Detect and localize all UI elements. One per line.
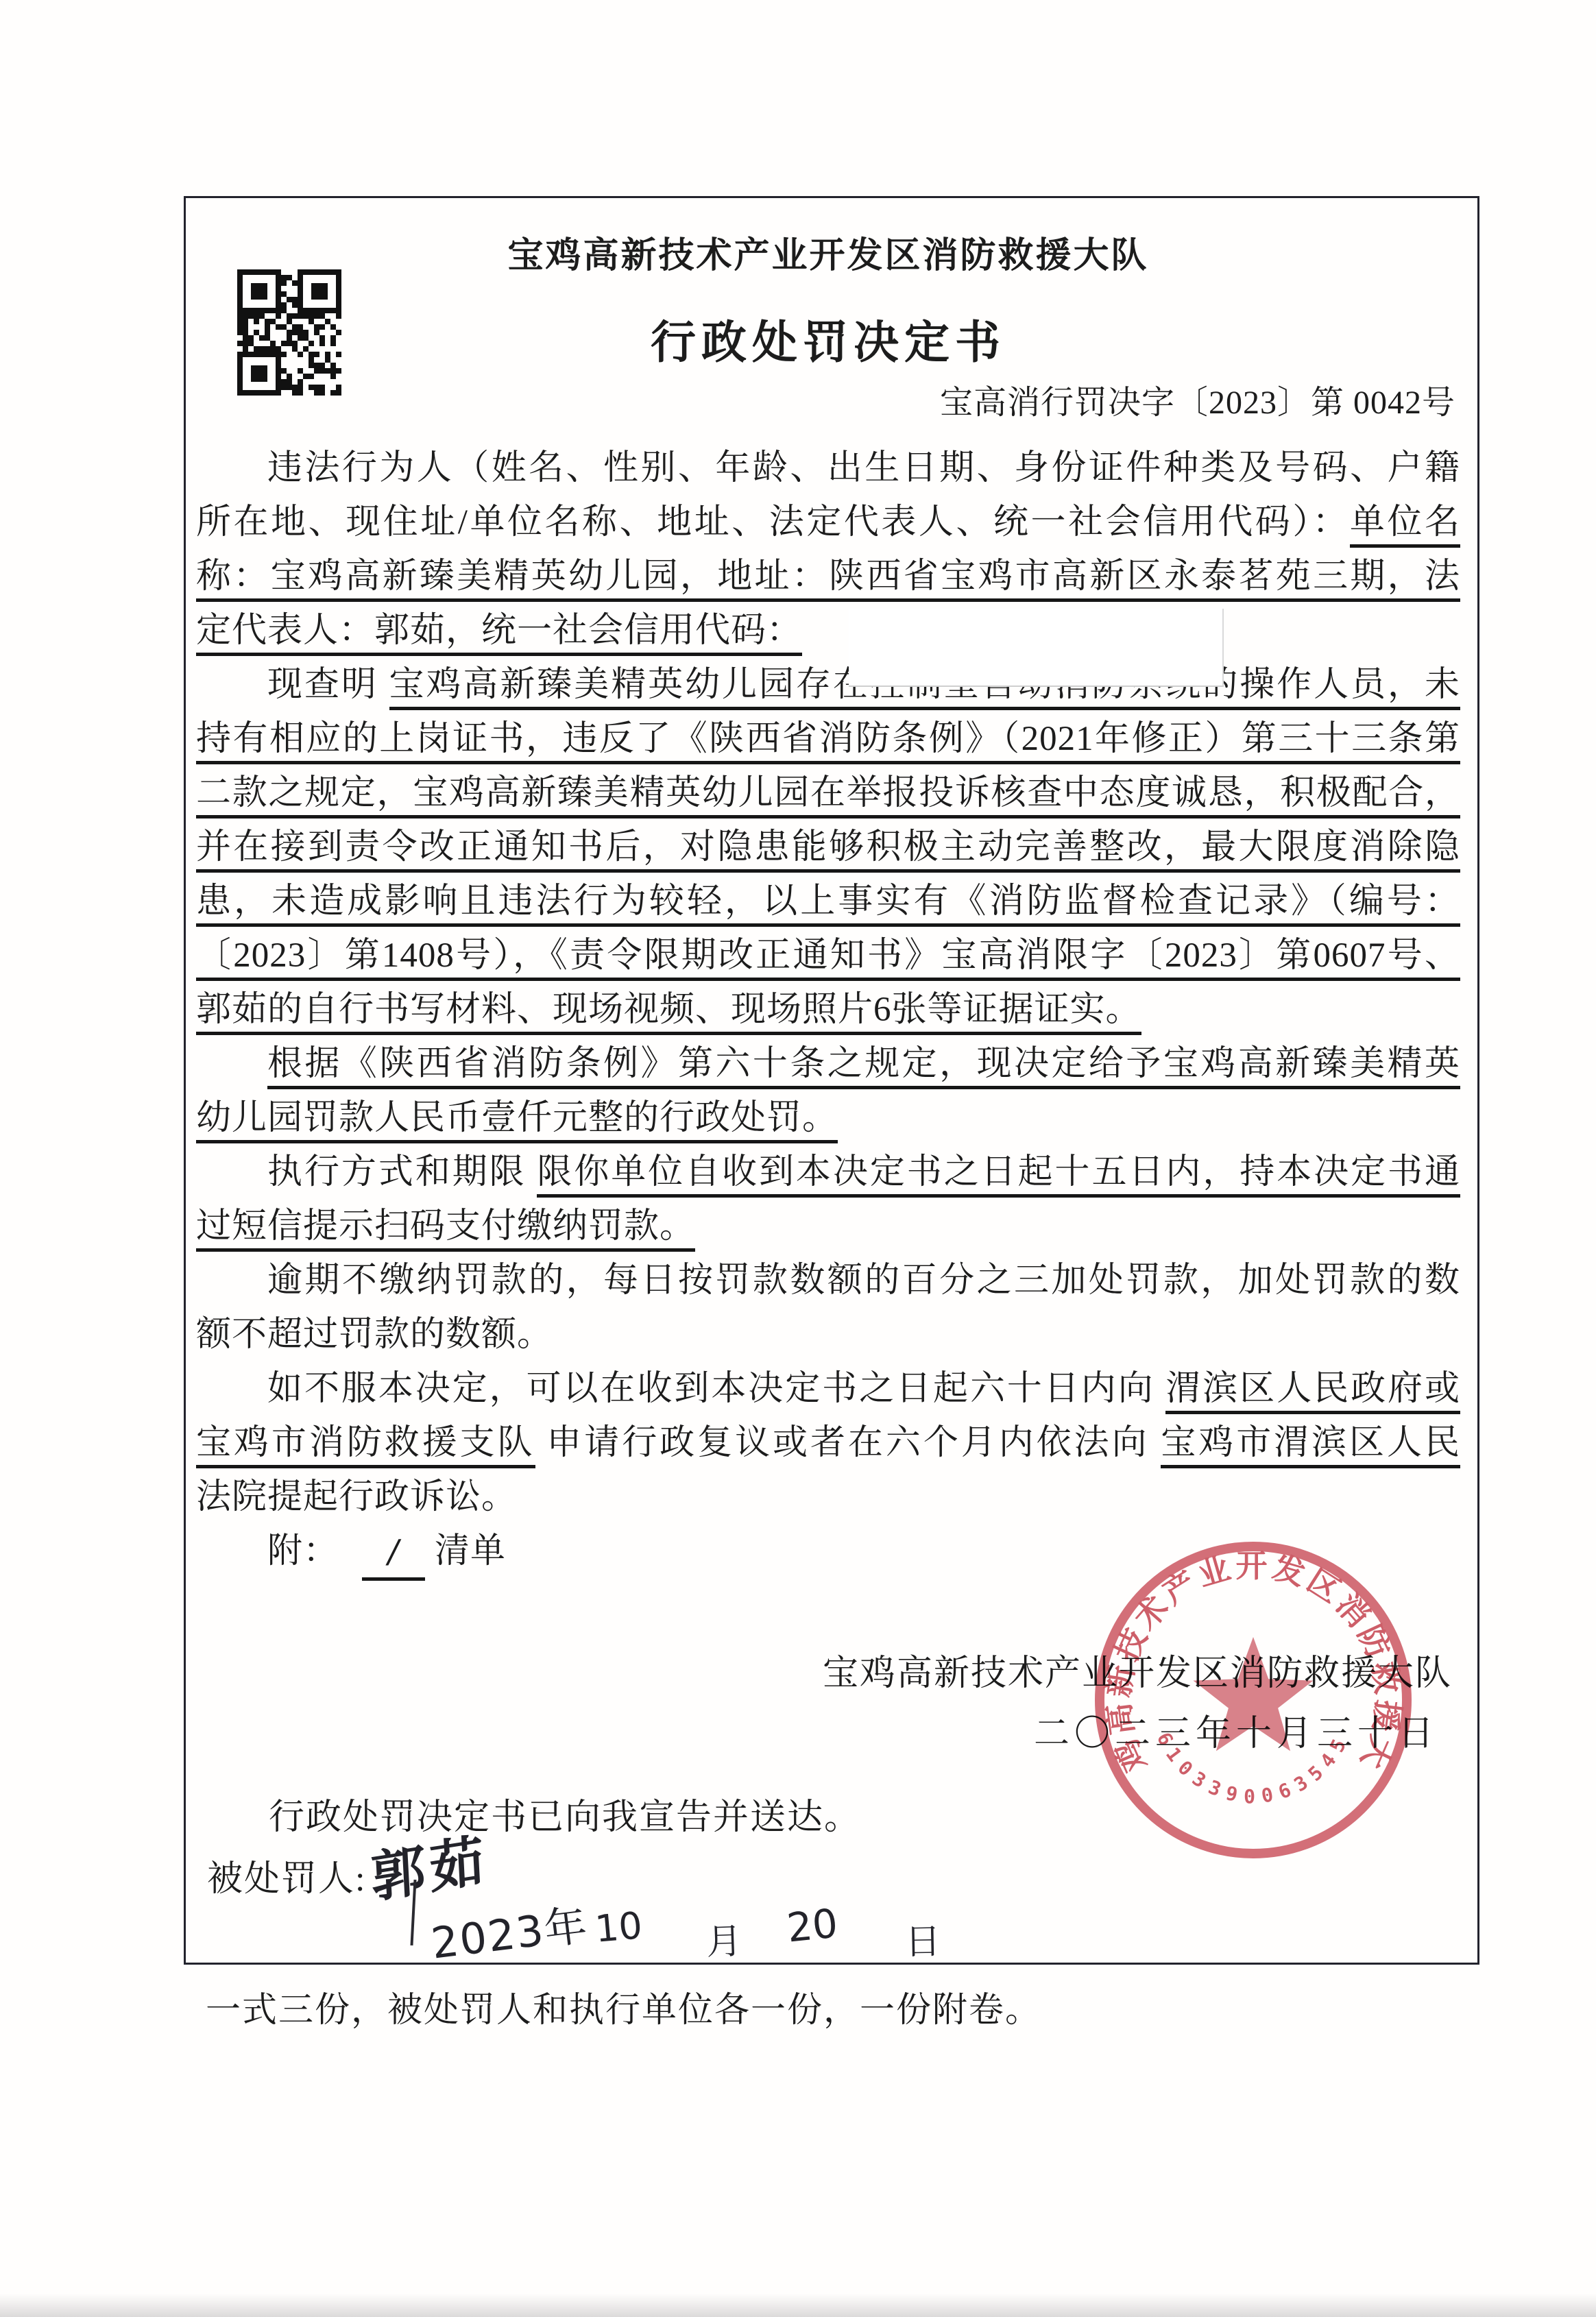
plain-text: 附： bbox=[267, 1532, 339, 1570]
underlined-text: 〔2023〕第1408号），《责令限期改正通知书》宝高消限字〔2023〕第060… bbox=[196, 936, 1460, 981]
underlined-text: 定代表人：郭茹，统一社会信用代码： bbox=[196, 611, 802, 656]
underlined-text: 郭茹的自行书写材料、现场视频、现场照片6张等证据证实。 bbox=[196, 991, 1141, 1035]
body-text: 违法行为人（姓名、性别、年龄、出生日期、身份证件种类及号码、户籍所在地、现住址/… bbox=[196, 442, 1460, 1579]
underlined-text: 根据《陕西省消防条例》第六十条之规定，现决定给予宝鸡高新臻美精英 bbox=[267, 1045, 1460, 1089]
delivery-statement: 行政处罚决定书已向我宣告并送达。 bbox=[269, 1788, 861, 1839]
official-red-seal: 宝鸡高新技术产业开发区消防救援大队 6103390063545 bbox=[1089, 1536, 1418, 1865]
body-line-19: 宝鸡市消防救援支队 申请行政复议或者在六个月内依法向 宝鸡市渭滨区人民 bbox=[196, 1417, 1460, 1471]
underlined-text: 患，未造成影响且违法行为较轻，以上事实有《消防监督检查记录》（编号： bbox=[196, 882, 1460, 927]
underlined-text: 限你单位自收到本决定书之日起十五日内，持本决定书通 bbox=[537, 1153, 1460, 1198]
body-line-4: 定代表人：郭茹，统一社会信用代码： bbox=[196, 605, 1460, 659]
plain-text: 法院提起行政诉讼。 bbox=[196, 1478, 517, 1516]
issuing-agency-header: 宝鸡高新技术产业开发区消防救援大队 bbox=[196, 226, 1460, 278]
body-line-15: 过短信提示扫码支付缴纳罚款。 bbox=[196, 1200, 1460, 1254]
plain-text: 现查明 bbox=[267, 666, 389, 704]
plain-text: 所在地、现住址/单位名称、地址、法定代表人、统一社会信用代码）： bbox=[196, 503, 1350, 542]
body-line-11: 郭茹的自行书写材料、现场视频、现场照片6张等证据证实。 bbox=[196, 984, 1460, 1038]
underlined-text: 过短信提示扫码支付缴纳罚款。 bbox=[196, 1207, 695, 1252]
underlined-text: 宝鸡市渭滨区人民 bbox=[1161, 1424, 1460, 1468]
underlined-text: 单位名 bbox=[1350, 503, 1460, 548]
document-number: 宝高消行罚决字〔2023〕第 0042号 bbox=[940, 376, 1455, 423]
body-line-6: 持有相应的上岗证书，违反了《陕西省消防条例》（2021年修正）第三十三条第 bbox=[196, 713, 1460, 767]
plain-text: 申请行政复议或者在六个月内依法向 bbox=[535, 1424, 1161, 1462]
plain-text: 违法行为人（姓名、性别、年龄、出生日期、身份证件种类及号码、户籍 bbox=[267, 449, 1460, 487]
underlined-text: 幼儿园罚款人民币壹仟元整的行政处罚。 bbox=[196, 1099, 838, 1143]
svg-text:6103390063545: 6103390063545 bbox=[1152, 1729, 1354, 1808]
handwritten-month-value: 10 bbox=[593, 1904, 644, 1951]
scan-edge-shadow bbox=[0, 2294, 1596, 2317]
body-line-8: 并在接到责令改正通知书后，对隐患能够积极主动完善整改，最大限度消除隐 bbox=[196, 821, 1460, 875]
seal-serial-number: 6103390063545 bbox=[1152, 1729, 1354, 1808]
body-line-2: 所在地、现住址/单位名称、地址、法定代表人、统一社会信用代码）：单位名 bbox=[196, 496, 1460, 550]
body-line-13: 幼儿园罚款人民币壹仟元整的行政处罚。 bbox=[196, 1092, 1460, 1146]
underlined-text: 二款之规定，宝鸡高新臻美精英幼儿园在举报投诉核查中态度诚恳，积极配合， bbox=[196, 774, 1460, 818]
redaction-patch bbox=[849, 609, 1224, 687]
body-line-12: 根据《陕西省消防条例》第六十条之规定，现决定给予宝鸡高新臻美精英 bbox=[196, 1038, 1460, 1092]
plain-text: 额不超过罚款的数额。 bbox=[196, 1315, 553, 1354]
body-line-5: 现查明 宝鸡高新臻美精英幼儿园存在控制室自动消防系统的操作人员，未 bbox=[196, 659, 1460, 713]
body-line-14: 执行方式和期限 限你单位自收到本决定书之日起十五日内，持本决定书通 bbox=[196, 1146, 1460, 1200]
document-title: 行政处罚决定书 bbox=[196, 306, 1460, 371]
body-line-9: 患，未造成影响且违法行为较轻，以上事实有《消防监督检查记录》（编号： bbox=[196, 875, 1460, 930]
body-line-1: 违法行为人（姓名、性别、年龄、出生日期、身份证件种类及号码、户籍 bbox=[196, 442, 1460, 496]
body-line-10: 〔2023〕第1408号），《责令限期改正通知书》宝高消限字〔2023〕第060… bbox=[196, 930, 1460, 984]
body-line-20: 法院提起行政诉讼。 bbox=[196, 1471, 1460, 1525]
seal-star-icon bbox=[1194, 1637, 1314, 1751]
plain-text: 执行方式和期限 bbox=[267, 1153, 537, 1191]
body-line-18: 如不服本决定，可以在收到本决定书之日起六十日内向 渭滨区人民政府或 bbox=[196, 1363, 1460, 1417]
attachment-slash-blank: / bbox=[362, 1525, 425, 1581]
plain-text: 逾期不缴纳罚款的，每日按罚款数额的百分之三加处罚款，加处罚款的数 bbox=[267, 1261, 1460, 1300]
handwritten-day-value: 20 bbox=[785, 1900, 841, 1951]
handwritten-day-char: 日 bbox=[904, 1913, 941, 1965]
body-line-3: 称：宝鸡高新臻美精英幼儿园，地址：陕西省宝鸡市高新区永泰茗苑三期，法 bbox=[196, 550, 1460, 605]
handwritten-month-char: 月 bbox=[705, 1912, 743, 1965]
punished-person-label: 被处罚人: bbox=[207, 1849, 366, 1901]
underlined-text: 渭滨区人民政府或 bbox=[1165, 1370, 1460, 1414]
underlined-text: 并在接到责令改正通知书后，对隐患能够积极主动完善整改，最大限度消除隐 bbox=[196, 828, 1460, 873]
body-line-17: 额不超过罚款的数额。 bbox=[196, 1309, 1460, 1363]
distribution-note: 一式三份，被处罚人和执行单位各一份，一份附卷。 bbox=[206, 1981, 1041, 2032]
underlined-text: 称：宝鸡高新臻美精英幼儿园，地址：陕西省宝鸡市高新区永泰茗苑三期，法 bbox=[196, 557, 1460, 602]
underlined-text: 持有相应的上岗证书，违反了《陕西省消防条例》（2021年修正）第三十三条第 bbox=[196, 720, 1460, 764]
body-line-16: 逾期不缴纳罚款的，每日按罚款数额的百分之三加处罚款，加处罚款的数 bbox=[196, 1254, 1460, 1309]
scanned-penalty-document-page: 宝鸡高新技术产业开发区消防救援大队 行政处罚决定书 宝高消行罚决字〔2023〕第… bbox=[0, 0, 1596, 2317]
plain-text: 清单 bbox=[435, 1532, 506, 1570]
underlined-text: 宝鸡市消防救援支队 bbox=[196, 1424, 535, 1468]
body-line-7: 二款之规定，宝鸡高新臻美精英幼儿园在举报投诉核查中态度诚恳，积极配合， bbox=[196, 767, 1460, 821]
plain-text: 如不服本决定，可以在收到本决定书之日起六十日内向 bbox=[267, 1370, 1165, 1408]
